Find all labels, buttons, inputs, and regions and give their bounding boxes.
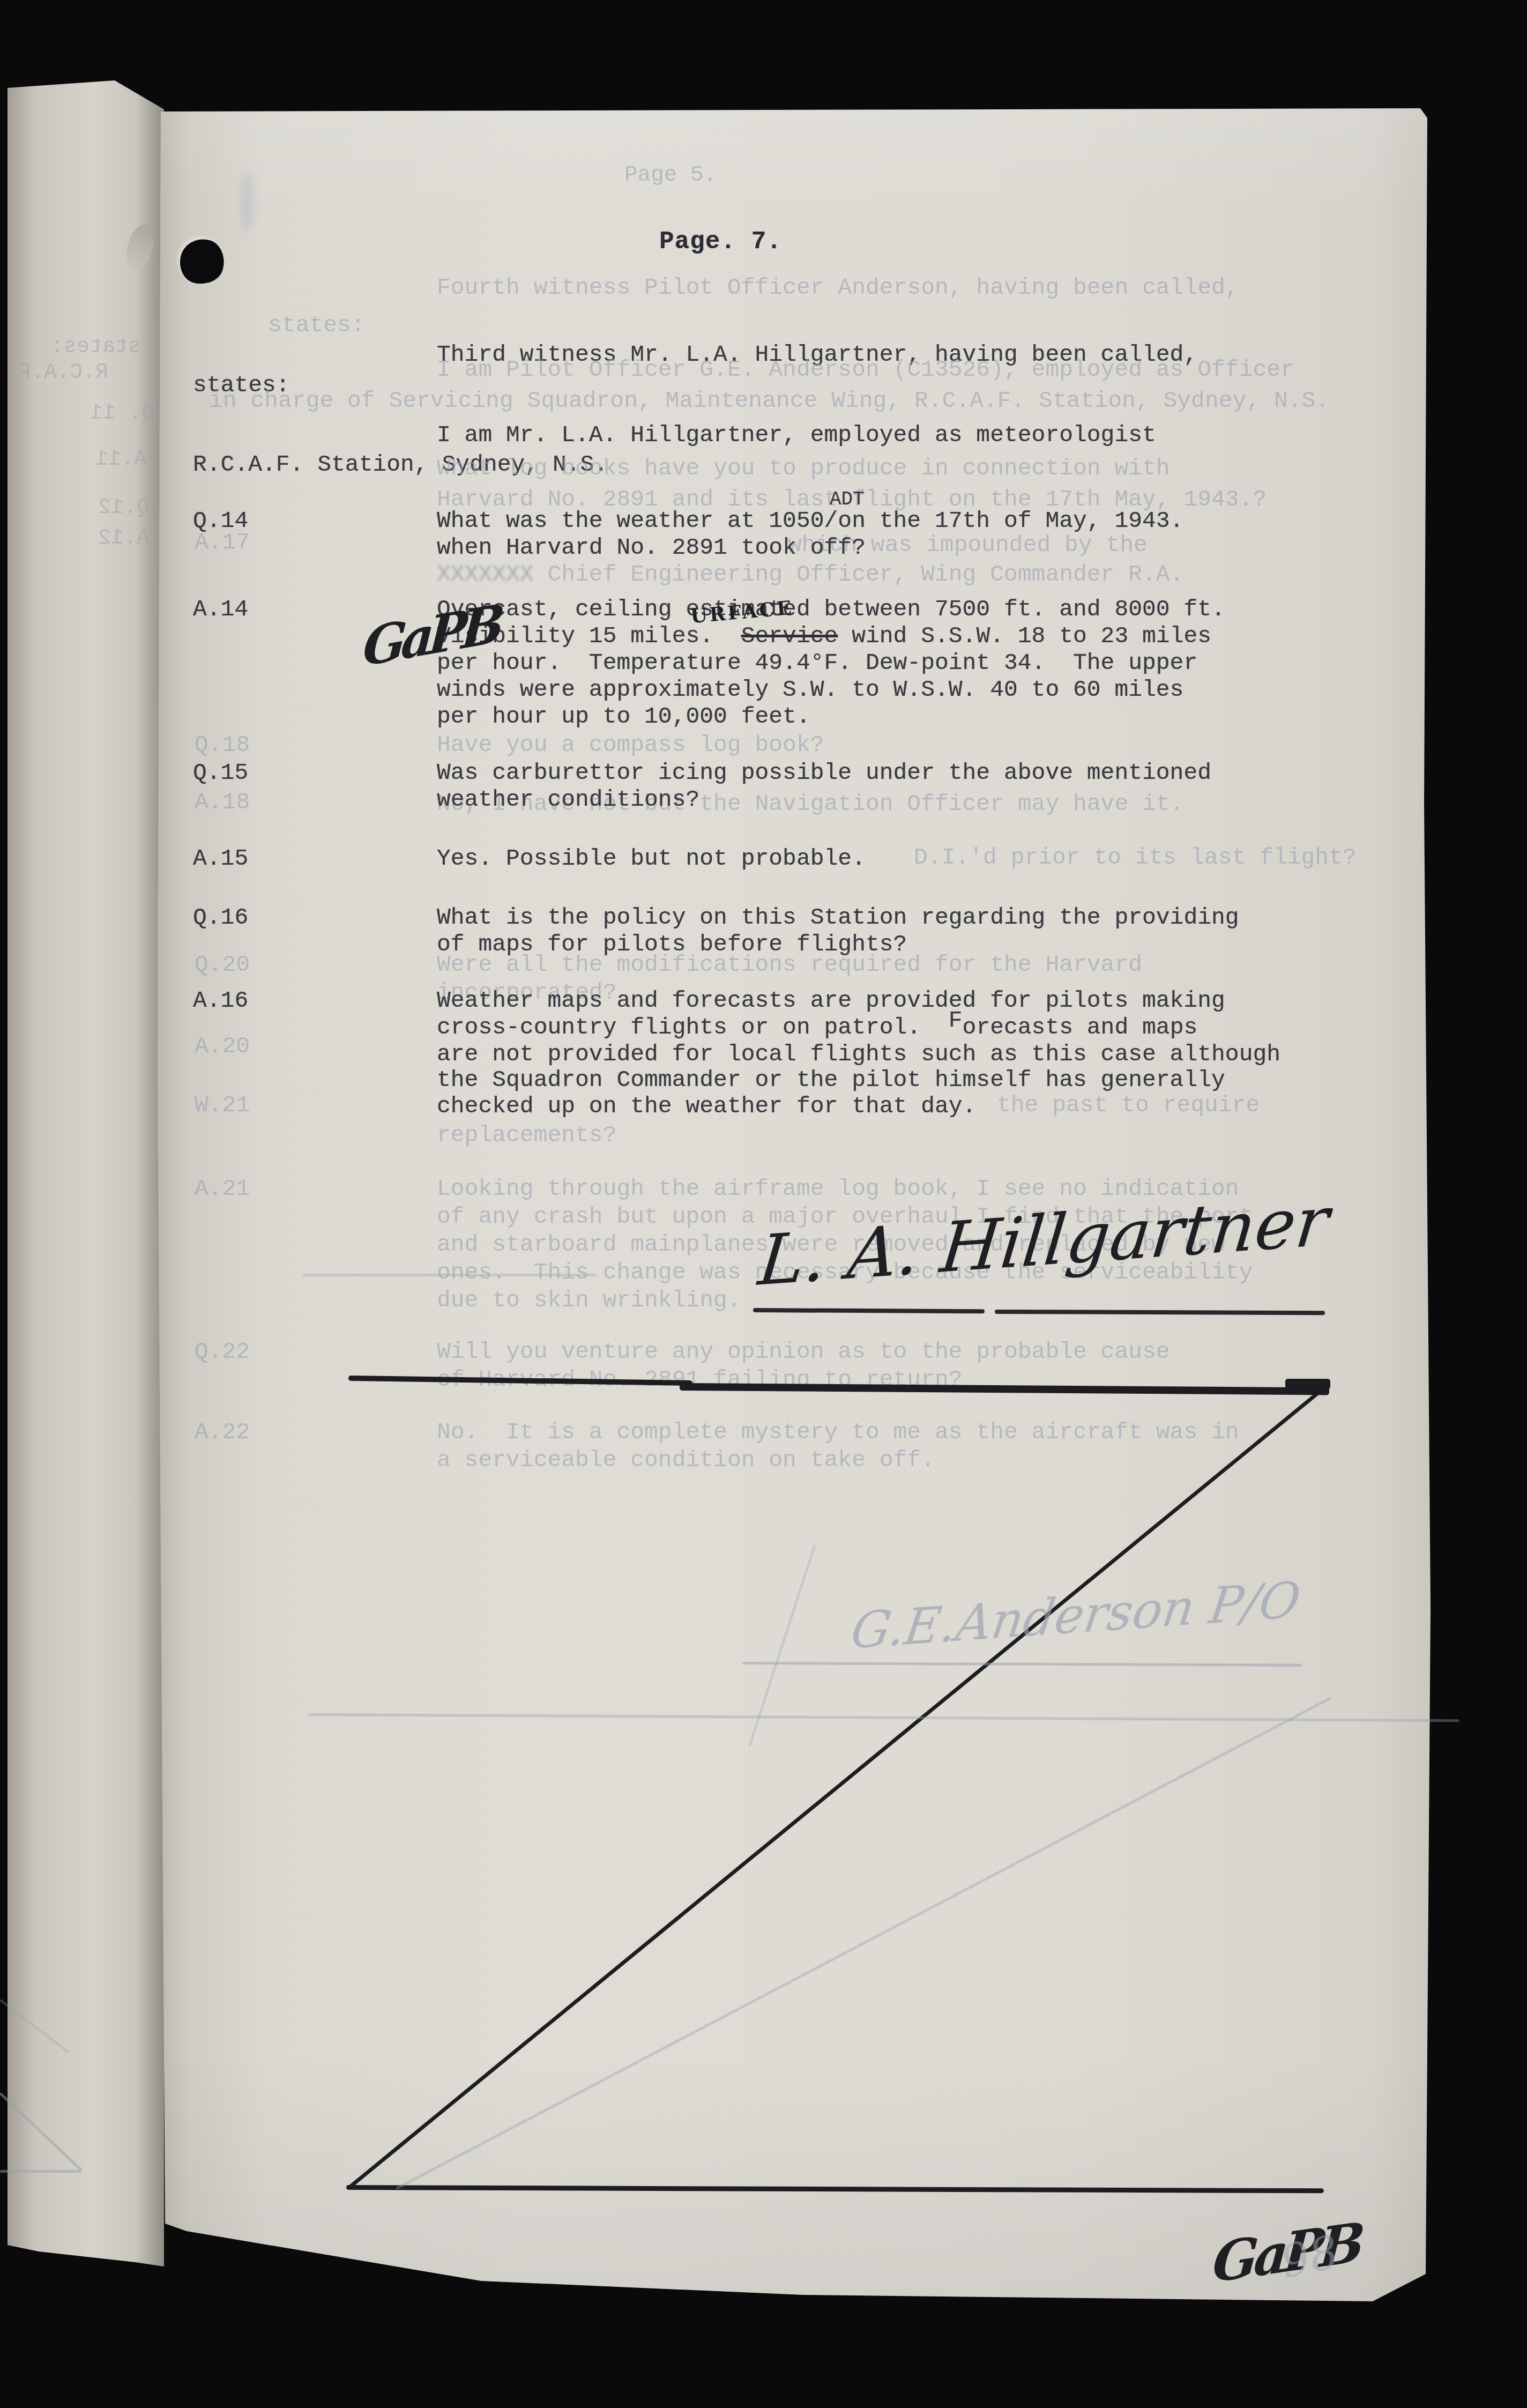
scanner-background: states:R.C.A.F. StQ. 11A.11Q.12A.12 Page… bbox=[0, 0, 1527, 2408]
bleed-margin-label: A.20 bbox=[195, 1035, 250, 1058]
q16-text: What is the policy on this Station regar… bbox=[437, 906, 1239, 929]
bleed-line: What log books have you to produce in co… bbox=[437, 457, 1170, 480]
bleed-margin-label: A.21 bbox=[195, 1177, 250, 1200]
text-smudge: XXXXXXX bbox=[437, 561, 534, 588]
bleed-margin-label: W.21 bbox=[195, 1094, 250, 1117]
a14-label: A.14 bbox=[193, 598, 248, 621]
bleed-line: states: bbox=[268, 314, 365, 337]
bleed-line: Will you venture any opinion as to the p… bbox=[437, 1340, 1170, 1363]
mirror-rcaf: R.C.A.F. St bbox=[0, 362, 108, 384]
a15-label: A.15 bbox=[193, 847, 248, 870]
text-struck: Service bbox=[741, 623, 838, 649]
a16-text: Weather maps and forecasts are provided … bbox=[437, 989, 1225, 1012]
bleed-line: replacements? bbox=[437, 1124, 616, 1147]
bleed-line: Fourth witness Pilot Officer Anderson, h… bbox=[437, 276, 1239, 299]
a16-text: are not provided for local flights such … bbox=[437, 1043, 1280, 1066]
bleed-margin-label: A.22 bbox=[195, 1421, 250, 1444]
mirror-q12: Q.12 bbox=[98, 497, 150, 519]
text-run: wind S.S.W. 18 to 23 miles bbox=[838, 623, 1211, 649]
a14-text: Visibility 15 miles. Service wind S.S.W.… bbox=[437, 625, 1211, 648]
text-run: cross-country flights or on patrol. bbox=[437, 1014, 949, 1041]
a16-label: A.16 bbox=[193, 989, 248, 1012]
bleed-margin-label: A.18 bbox=[195, 791, 250, 814]
q14-text: What was the weather at 1050/on the 17th… bbox=[437, 509, 1183, 532]
a14-text: per hour. Temperature 49.4°F. Dew-point … bbox=[437, 651, 1197, 674]
q16-label: Q.16 bbox=[193, 906, 248, 929]
bleed-line: D.I.'d prior to its last flight? bbox=[914, 846, 1357, 869]
a16-text: the Squadron Commander or the pilot hims… bbox=[437, 1068, 1225, 1091]
q14-text: when Harvard No. 2891 took off? bbox=[437, 536, 866, 559]
text-run: Chief Engineering Officer, Wing Commande… bbox=[534, 561, 1184, 588]
bleed-page-number: Page 5. bbox=[624, 165, 717, 187]
q15-label: Q.15 bbox=[193, 761, 248, 784]
pencil-smudge bbox=[241, 173, 253, 231]
bleed-line: in charge of Servicing Squadron, Mainten… bbox=[209, 389, 1329, 412]
page-number: Page. 7. bbox=[659, 229, 782, 254]
witness-statement: I am Mr. L.A. Hillgartner, employed as m… bbox=[437, 423, 1156, 447]
bleed-line: a serviceable condition on take off. bbox=[437, 1448, 935, 1471]
bleed-line: No. It is a complete mystery to me as th… bbox=[437, 1421, 1239, 1444]
mirror-states: states: bbox=[51, 337, 141, 358]
a16-text: cross-country flights or on patrol. Fore… bbox=[437, 1016, 1197, 1039]
a16-text: checked up on the weather for that day. bbox=[437, 1095, 976, 1118]
crossout-end-blob bbox=[1285, 1379, 1330, 1389]
bleed-line: the past to require bbox=[997, 1094, 1260, 1117]
text-sup: F bbox=[949, 1007, 963, 1034]
bleed-margin-label: Q.18 bbox=[195, 733, 250, 756]
bleed-scribble: 98 bbox=[1277, 2229, 1342, 2285]
q15-text: weather conditions? bbox=[437, 788, 699, 811]
bleed-margin-label: Q.20 bbox=[195, 953, 250, 976]
a15-text: Yes. Possible but not probable. bbox=[437, 847, 866, 870]
bleed-line: I am Pilot Officer G.E. Anderson (C13526… bbox=[437, 358, 1294, 381]
bleed-line: due to skin wrinkling. bbox=[437, 1289, 741, 1312]
a14-text: winds were approximately S.W. to W.S.W. … bbox=[437, 678, 1183, 701]
bleed-line: Have you a compass log book? bbox=[437, 733, 824, 756]
text-run: orecasts and maps bbox=[963, 1014, 1198, 1041]
mirror-a11: A.11 bbox=[95, 449, 147, 471]
bleed-line: Were all the modifications required for … bbox=[437, 953, 1142, 976]
q15-text: Was carburettor icing possible under the… bbox=[437, 761, 1211, 784]
mirror-q11: Q. 11 bbox=[90, 403, 154, 425]
adt-superscript: ADT bbox=[830, 490, 865, 509]
prevpage-figure-horizontal bbox=[0, 2170, 81, 2173]
mirror-a12: A.12 bbox=[98, 528, 150, 549]
bleed-rule-short bbox=[303, 1274, 597, 1276]
a14-text: per hour up to 10,000 feet. bbox=[437, 705, 810, 728]
bleed-line: XXXXXXX Chief Engineering Officer, Wing … bbox=[437, 563, 1183, 586]
a14-text: Overcast, ceiling estimated between 7500… bbox=[437, 598, 1225, 621]
bleed-margin-label: Q.22 bbox=[195, 1340, 250, 1363]
bleed-margin-label: A.17 bbox=[195, 531, 250, 554]
